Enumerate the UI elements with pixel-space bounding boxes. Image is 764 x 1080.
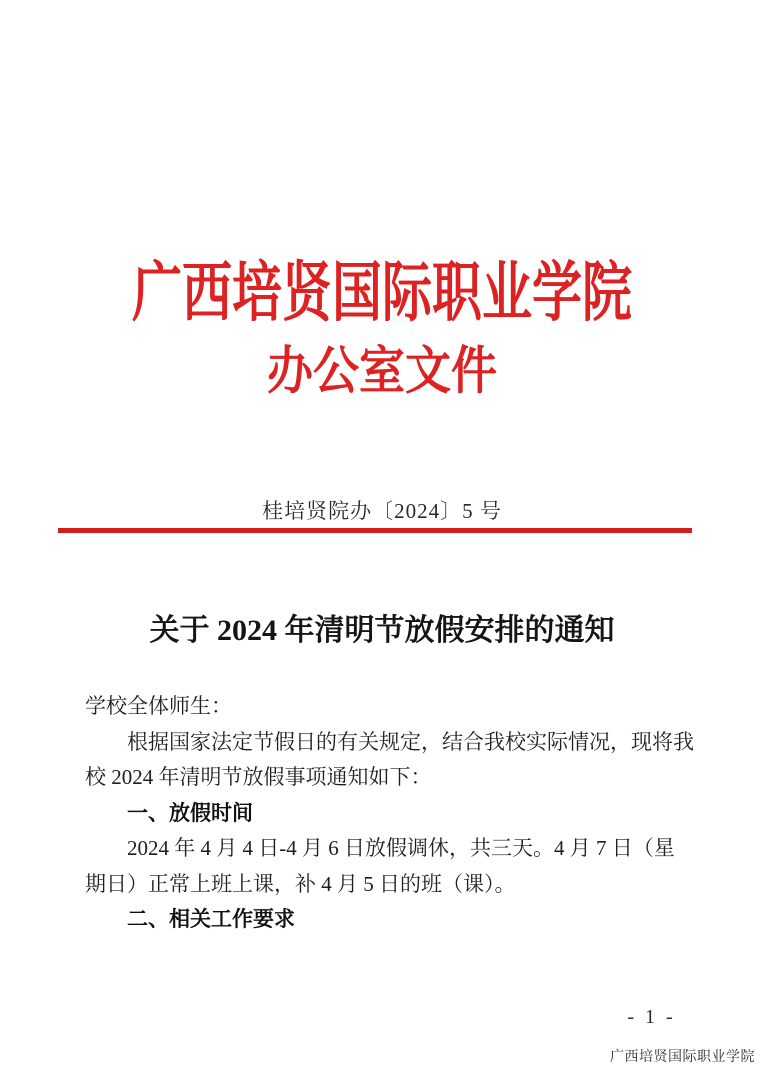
letterhead-line-2: 办公室文件 [0,346,764,398]
document-page: 广西培贤国际职业学院 办公室文件 桂培贤院办〔2024〕5 号 关于 2024 … [0,0,764,1080]
body-line: 根据国家法定节假日的有关规定，结合我校实际情况，现将我 [85,725,685,761]
document-number: 桂培贤院办〔2024〕5 号 [0,501,764,522]
red-separator-rule [58,528,692,533]
letterhead-line-1: 广西培贤国际职业学院 [0,260,764,325]
body-line: 校 2024 年清明节放假事项通知如下： [85,760,685,796]
body-line: 2024 年 4 月 4 日-4 月 6 日放假调休，共三天。4 月 7 日（星 [85,831,685,867]
document-title: 关于 2024 年清明节放假安排的通知 [0,614,764,647]
footer-watermark: 广西培贤国际职业学院 [610,1049,755,1064]
body-line: 期日）正常上班上课，补 4 月 5 日的班（课）。 [85,867,685,903]
section-heading: 一、放假时间 [85,796,685,832]
section-heading: 二、相关工作要求 [85,902,685,938]
page-number: - 1 - [560,1006,740,1028]
document-body: 学校全体师生：根据国家法定节假日的有关规定，结合我校实际情况，现将我校 2024… [85,689,685,938]
body-line: 学校全体师生： [85,689,685,725]
